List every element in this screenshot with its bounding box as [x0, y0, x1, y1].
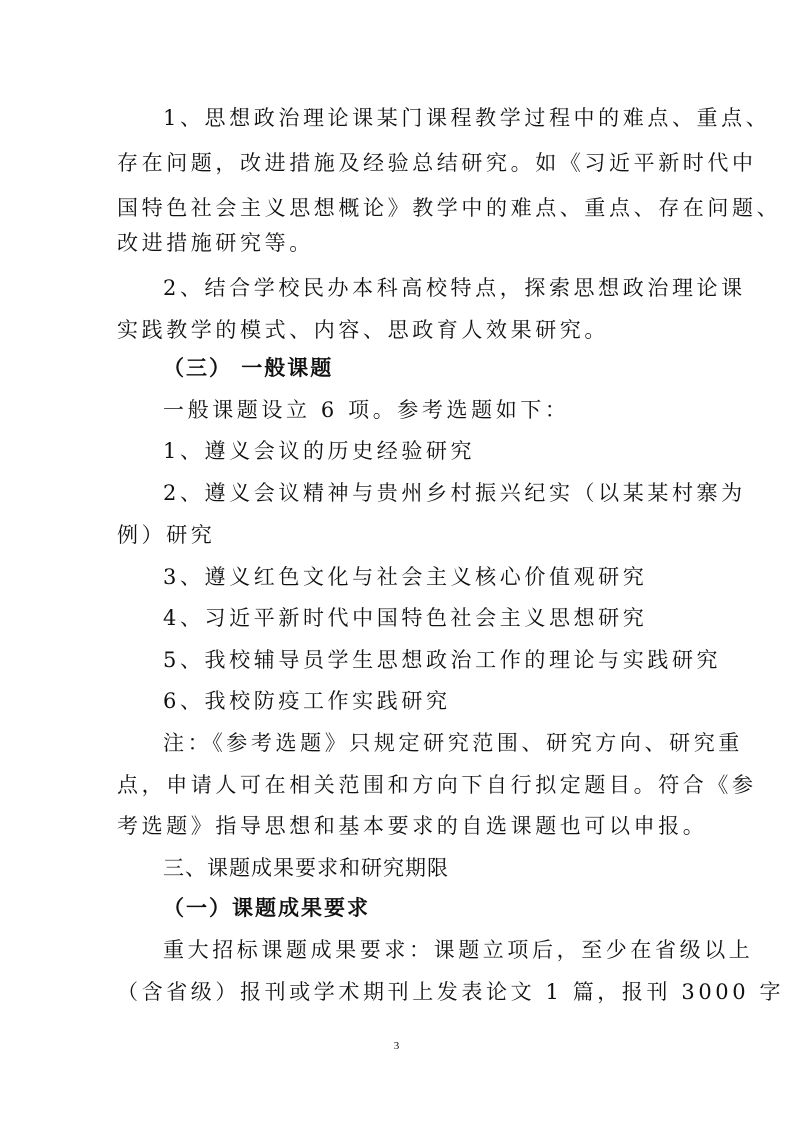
- note-line: 点，申请人可在相关范围和方向下自行拟定题目。符合《参: [117, 765, 687, 805]
- paragraph-line: 国特色社会主义思想概论》教学中的难点、重点、存在问题、: [117, 188, 687, 228]
- paragraph-line: 1、思想政治理论课某门课程教学过程中的难点、重点、: [163, 98, 733, 138]
- paragraph-line: 实践教学的模式、内容、思政育人效果研究。: [117, 310, 687, 350]
- paragraph-line: 2、结合学校民办本科高校特点，探索思想政治理论课: [163, 268, 733, 308]
- paragraph-line: 存在问题，改进措施及经验总结研究。如《习近平新时代中: [117, 143, 687, 183]
- section-heading: （三） 一般课题: [163, 348, 733, 388]
- list-item: 5、我校辅导员学生思想政治工作的理论与实践研究: [163, 640, 733, 680]
- note-line: 考选题》指导思想和基本要求的自选课题也可以申报。: [117, 806, 687, 846]
- paragraph-line: （含省级）报刊或学术期刊上发表论文 1 篇，报刊 3000 字: [117, 972, 687, 1012]
- subsection-heading: （一）课题成果要求: [163, 888, 733, 928]
- list-item: 1、遵义会议的历史经验研究: [163, 431, 733, 471]
- section-heading: 三、课题成果要求和研究期限: [163, 848, 733, 888]
- list-item-continuation: 例）研究: [117, 515, 687, 555]
- list-item: 2、遵义会议精神与贵州乡村振兴纪实（以某某村寨为: [163, 473, 733, 513]
- list-item: 3、遵义红色文化与社会主义核心价值观研究: [163, 557, 733, 597]
- list-item: 4、习近平新时代中国特色社会主义思想研究: [163, 598, 733, 638]
- document-page: 1、思想政治理论课某门课程教学过程中的难点、重点、 存在问题，改进措施及经验总结…: [0, 0, 793, 1122]
- paragraph-line: 重大招标课题成果要求：课题立项后，至少在省级以上: [163, 930, 733, 970]
- paragraph-line: 一般课题设立 6 项。参考选题如下：: [163, 390, 733, 430]
- note-line: 注：《参考选题》只规定研究范围、研究方向、研究重: [163, 723, 733, 763]
- paragraph-line: 改进措施研究等。: [117, 223, 687, 263]
- page-number: 3: [0, 1040, 793, 1052]
- list-item: 6、我校防疫工作实践研究: [163, 681, 733, 721]
